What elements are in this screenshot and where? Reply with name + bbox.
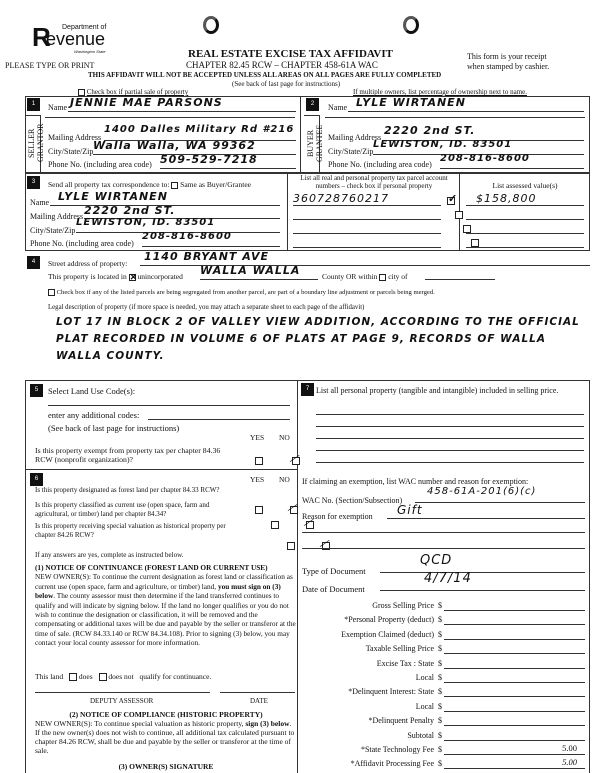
no-header: NO: [279, 433, 290, 442]
section-7-badge: 7: [301, 383, 314, 396]
legal-description-text[interactable]: LOT 17 IN BLOCK 2 OF VALLEY VIEW ADDITIO…: [56, 314, 596, 365]
notice-2-block: (2) NOTICE OF COMPLIANCE (HISTORIC PROPE…: [35, 710, 297, 755]
section-6-no-checkbox[interactable]: [322, 542, 330, 550]
reason-extra-line[interactable]: [302, 548, 585, 549]
seller-name-label: Name: [48, 103, 67, 112]
continuance-row: This land does does not qualify for cont…: [35, 672, 211, 681]
currency-symbol: $: [438, 716, 442, 725]
parcel-number-field[interactable]: [293, 234, 441, 248]
section-6-question: Is this property designated as forest la…: [35, 486, 240, 495]
exempt-no-checkbox[interactable]: [292, 457, 300, 465]
doc-type-field[interactable]: QCD: [380, 553, 585, 573]
parcel-number-field[interactable]: [293, 220, 441, 234]
land-use-instructions: (See back of last page for instructions): [48, 423, 179, 433]
section-3-badge: 3: [27, 176, 40, 189]
currency-symbol: $: [438, 630, 442, 639]
buyer-phone-label: Phone No. (including area code): [328, 160, 432, 169]
corr-phone-label: Phone No. (including area code): [30, 239, 134, 248]
buyer-name-field[interactable]: LYLE WIRTANEN: [348, 96, 584, 112]
section-divider: [300, 96, 301, 173]
does-checkbox[interactable]: [69, 673, 77, 681]
buyer-city-label: City/State/Zip: [328, 147, 373, 156]
corr-city-label: City/State/Zip: [30, 226, 75, 235]
fee-label: Local: [300, 702, 434, 711]
currency-symbol: $: [438, 759, 442, 768]
currency-symbol: $: [438, 659, 442, 668]
logo-main-text: evenue: [46, 30, 105, 48]
seller-side-label: SELLERGRANTOR: [27, 118, 45, 168]
assessor-date-field[interactable]: [220, 692, 295, 693]
personal-property-checkbox[interactable]: [455, 211, 463, 219]
exempt-question: Is this property exempt from property ta…: [35, 446, 235, 464]
section-3-divider: [287, 173, 288, 251]
parcel-list: 360728760217$158,800: [0, 0, 600, 9]
fee-label: Excise Tax : State: [300, 659, 434, 668]
partial-sale-row: Check box if partial sale of property: [78, 88, 188, 96]
seller-blank-line: [45, 117, 295, 118]
section-6-no-checkbox[interactable]: [306, 521, 314, 529]
corr-phone-field[interactable]: 208-816-8600: [142, 231, 280, 247]
same-as-buyer-checkbox[interactable]: [171, 182, 178, 189]
section-6-question: Is this property classified as current u…: [35, 501, 240, 519]
location-row: This property is located in unincorporat…: [48, 272, 183, 281]
section-2-badge: 2: [306, 98, 319, 111]
fee-label: *Delinquent Interest: State: [300, 687, 434, 696]
parcel-number-field[interactable]: 360728760217: [293, 192, 441, 206]
seller-phone-field[interactable]: 509-529-7218: [160, 153, 296, 169]
currency-symbol: $: [438, 745, 442, 754]
fee-label: Exemption Claimed (deduct): [300, 630, 434, 639]
doc-date-label: Date of Document: [302, 584, 365, 594]
land-use-label: Select Land Use Code(s):: [48, 386, 135, 396]
fee-value-field[interactable]: [444, 700, 585, 712]
segregated-checkbox[interactable]: [48, 289, 55, 296]
yes-header: YES: [250, 475, 264, 484]
deputy-assessor-signature[interactable]: [35, 692, 210, 693]
notice-1-block: (1) NOTICE OF CONTINUANCE (FOREST LAND O…: [35, 563, 297, 648]
assessed-value-field[interactable]: [466, 234, 584, 248]
parcel-header: List all real and personal property tax …: [290, 174, 458, 190]
see-back-text: (See back of last page for instructions): [232, 80, 340, 88]
section-5-badge: 5: [30, 384, 43, 397]
fee-label: Taxable Selling Price: [300, 644, 434, 653]
partial-sale-checkbox[interactable]: [78, 89, 85, 96]
form-title: REAL ESTATE EXCISE TAX AFFIDAVIT: [188, 48, 393, 60]
fee-value-field[interactable]: [444, 714, 585, 726]
fee-value-field[interactable]: [444, 685, 585, 697]
correspondence-row: Send all property tax correspondence to:…: [48, 180, 251, 189]
punch-hole-icon: [403, 16, 419, 34]
fee-label: Gross Selling Price: [300, 601, 434, 610]
personal-property-line[interactable]: [316, 426, 584, 427]
section-6-rule: [25, 469, 297, 470]
buyer-name-label: Name: [328, 103, 347, 112]
yes-header: YES: [250, 433, 264, 442]
parcel-number-field[interactable]: [293, 206, 441, 220]
fee-value-field[interactable]: [444, 642, 585, 654]
assessed-value-field[interactable]: [466, 206, 584, 220]
buyer-phone-field[interactable]: 208-816-8600: [440, 153, 584, 169]
street-label: Street address of property:: [48, 259, 127, 268]
reason-extra-line[interactable]: [302, 532, 585, 533]
assessed-value-field[interactable]: [466, 220, 584, 234]
fee-label: *Affidavit Processing Fee: [300, 759, 434, 768]
fee-value-field[interactable]: 5.00: [444, 743, 585, 755]
owner-signature-title: (3) OWNER(S) SIGNATURE: [35, 762, 297, 771]
fee-label: *Delinquent Penalty: [300, 716, 434, 725]
fee-label: *State Technology Fee: [300, 745, 434, 754]
fee-value-field[interactable]: [444, 628, 585, 640]
fee-value-field[interactable]: [444, 729, 585, 741]
seller-name-field[interactable]: JENNIE MAE PARSONS: [68, 96, 296, 112]
section-1-badge: 1: [27, 98, 40, 111]
assessed-value-field[interactable]: $158,800: [466, 192, 584, 206]
city-of-checkbox[interactable]: [379, 274, 386, 281]
fee-value-field[interactable]: [444, 671, 585, 683]
section-6-yes-checkbox[interactable]: [255, 506, 263, 514]
fee-value-field[interactable]: [444, 613, 585, 625]
if-yes-text: If any answers are yes, complete as inst…: [35, 551, 183, 559]
seller-city-label: City/State/Zip: [48, 147, 93, 156]
fee-value-field[interactable]: [444, 657, 585, 669]
reason-label: Reason for exemption: [302, 512, 373, 521]
currency-symbol: $: [438, 615, 442, 624]
dor-logo: R Department of evenue Washington State: [32, 22, 112, 54]
deputy-label: DEPUTY ASSESSOR: [90, 697, 153, 705]
segregated-row: Check box if any of the listed parcels a…: [48, 289, 435, 296]
currency-symbol: $: [438, 673, 442, 682]
receipt-text-2: when stamped by cashier.: [467, 62, 549, 71]
city-of-row: County OR within city of: [322, 272, 408, 281]
does-not-checkbox[interactable]: [99, 673, 107, 681]
section-6-no-checkbox[interactable]: [290, 506, 298, 514]
currency-symbol: $: [438, 731, 442, 740]
no-header: NO: [279, 475, 290, 484]
multiple-owners-text: If multiple owners, list percentage of o…: [353, 88, 527, 96]
section-6-badge: 6: [30, 473, 43, 486]
currency-symbol: $: [438, 687, 442, 696]
fee-label: Local: [300, 673, 434, 682]
land-use-code-field[interactable]: [48, 398, 290, 406]
section-4-badge: 4: [27, 256, 40, 269]
additional-codes-field[interactable]: [148, 410, 290, 420]
form-chapter: CHAPTER 82.45 RCW – CHAPTER 458-61A WAC: [186, 60, 378, 70]
currency-symbol: $: [438, 702, 442, 711]
fee-label: Subtotal: [300, 731, 434, 740]
wac-field[interactable]: 458-61A-201(6)(c): [415, 486, 585, 503]
county-field[interactable]: WALLA WALLA: [200, 264, 318, 280]
seller-phone-label: Phone No. (including area code): [48, 160, 152, 169]
personal-property-checkbox[interactable]: [447, 197, 455, 205]
section-6-yes-checkbox[interactable]: [287, 542, 295, 550]
exemption-label: If claiming an exemption, list WAC numbe…: [302, 477, 528, 486]
personal-property-line[interactable]: [316, 462, 584, 463]
unincorporated-checkbox[interactable]: [129, 274, 136, 281]
personal-property-line[interactable]: [316, 450, 584, 451]
legal-description-label: Legal description of property (if more s…: [48, 304, 364, 311]
lower-divider: [297, 380, 298, 773]
date-label: DATE: [250, 697, 268, 705]
receipt-text-1: This form is your receipt: [467, 52, 547, 61]
personal-property-line[interactable]: [316, 414, 584, 415]
punch-hole-icon: [203, 16, 219, 34]
exempt-yes-checkbox[interactable]: [255, 457, 263, 465]
fee-value-field[interactable]: [444, 599, 585, 611]
currency-symbol: $: [438, 644, 442, 653]
city-of-field[interactable]: [425, 270, 495, 280]
section-6-question: Is this property receiving special valua…: [35, 522, 240, 540]
additional-codes-label: enter any additional codes:: [48, 410, 139, 420]
please-type-text: PLEASE TYPE OR PRINT: [5, 61, 94, 70]
fee-label: *Personal Property (deduct): [300, 615, 434, 624]
personal-property-label: List all personal property (tangible and…: [316, 384, 586, 397]
form-warning: THIS AFFIDAVIT WILL NOT BE ACCEPTED UNLE…: [88, 71, 441, 79]
doc-date-field[interactable]: 4/7/14: [380, 571, 585, 591]
doc-type-label: Type of Document: [302, 566, 366, 576]
section-6-yes-checkbox[interactable]: [271, 521, 279, 529]
fee-value-field[interactable]: 5.00: [444, 757, 585, 769]
assessed-header: List assessed value(s): [460, 181, 590, 190]
personal-property-line[interactable]: [316, 438, 584, 439]
corr-name-label: Name: [30, 198, 49, 207]
buyer-blank-line: [325, 117, 585, 118]
reason-field[interactable]: Gift: [387, 503, 585, 519]
logo-sub-text: Washington State: [74, 49, 106, 54]
currency-symbol: $: [438, 601, 442, 610]
buyer-side-label: BUYERGRANTEE: [306, 118, 324, 168]
